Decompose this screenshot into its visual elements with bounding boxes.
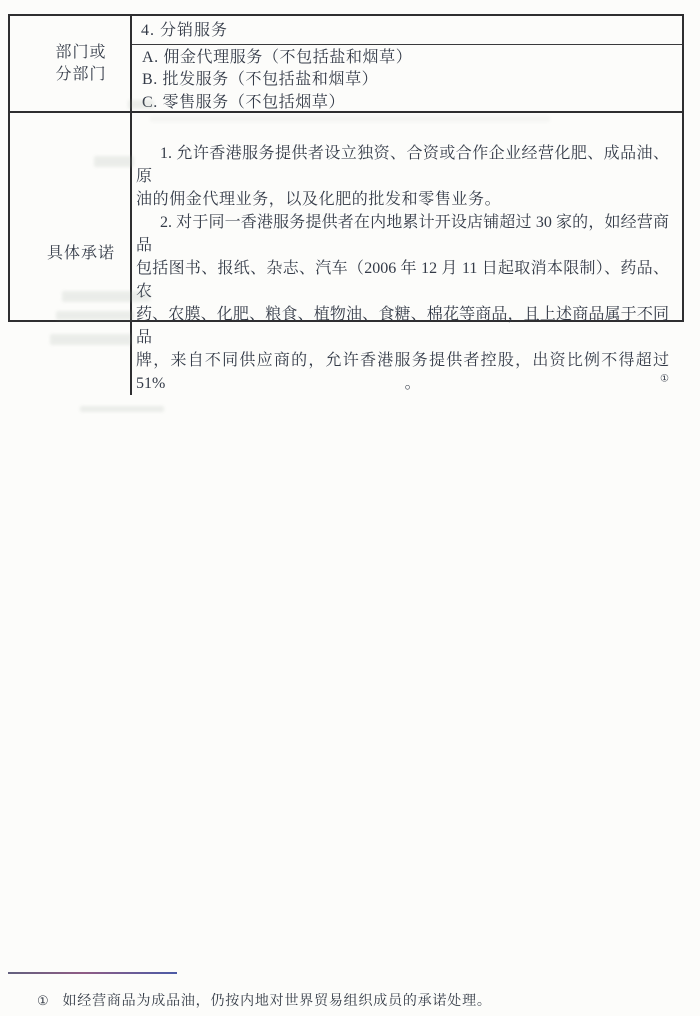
- scanned-document-page: 部门或 分部门 4. 分销服务 A. 佣金代理服务（不包括盐和烟草） B. 批发…: [0, 0, 700, 1016]
- sector-category: 4. 分销服务: [132, 16, 682, 45]
- sector-label-line2: 分部门: [55, 64, 106, 86]
- footnote: ① 如经营商品为成品油，仍按内地对世界贸易组织成员的承诺处理。: [37, 990, 492, 1010]
- sector-item-b: B. 批发服务（不包括盐和烟草）: [142, 69, 682, 91]
- commitment-line-6-text: 牌，来自不同供应商的，允许香港服务提供者控股，出资比例不得超过 51%。: [136, 352, 669, 392]
- commitment-row: 具体承诺 1. 允许香港服务提供者设立独资、合资或合作企业经营化肥、成品油、原 …: [10, 113, 682, 395]
- sector-label-line1: 部门或: [55, 42, 106, 64]
- sector-item-c: C. 零售服务（不包括烟草）: [142, 92, 682, 114]
- commitments-table: 部门或 分部门 4. 分销服务 A. 佣金代理服务（不包括盐和烟草） B. 批发…: [8, 14, 684, 322]
- footnote-marker: ①: [37, 993, 49, 1009]
- bleed-through-artifact: [80, 406, 164, 412]
- commitment-line-3: 2. 对于同一香港服务提供者在内地累计开设店铺超过 30 家的，如经营商品: [136, 211, 669, 257]
- commitment-label-cell: 具体承诺: [10, 113, 132, 395]
- commitment-label: 具体承诺: [47, 243, 115, 265]
- sector-label-cell: 部门或 分部门: [10, 16, 132, 111]
- commitment-line-4: 包括图书、报纸、杂志、汽车（2006 年 12 月 11 日起取消本限制）、药品…: [136, 257, 669, 303]
- commitment-text: 1. 允许香港服务提供者设立独资、合资或合作企业经营化肥、成品油、原 油的佣金代…: [132, 113, 682, 395]
- commitment-line-5: 药、农膜、化肥、粮食、植物油、食糖、棉花等商品，且上述商品属于不同品: [136, 303, 669, 349]
- footnote-separator-rule: [8, 972, 177, 974]
- sector-row: 部门或 分部门 4. 分销服务 A. 佣金代理服务（不包括盐和烟草） B. 批发…: [10, 16, 682, 113]
- footnote-reference-mark: ①: [660, 374, 669, 385]
- commitment-content-cell: 1. 允许香港服务提供者设立独资、合资或合作企业经营化肥、成品油、原 油的佣金代…: [132, 113, 682, 395]
- commitment-line-2: 油的佣金代理业务，以及化肥的批发和零售业务。: [136, 188, 669, 211]
- sector-content-cell: 4. 分销服务 A. 佣金代理服务（不包括盐和烟草） B. 批发服务（不包括盐和…: [132, 16, 682, 111]
- sector-items-list: A. 佣金代理服务（不包括盐和烟草） B. 批发服务（不包括盐和烟草） C. 零…: [132, 45, 682, 114]
- commitment-line-1: 1. 允许香港服务提供者设立独资、合资或合作企业经营化肥、成品油、原: [136, 142, 669, 188]
- sector-label: 部门或 分部门: [55, 42, 106, 86]
- commitment-line-6: 牌，来自不同供应商的，允许香港服务提供者控股，出资比例不得超过 51%。①: [136, 349, 669, 395]
- sector-item-a: A. 佣金代理服务（不包括盐和烟草）: [142, 47, 682, 69]
- footnote-text: 如经营商品为成品油，仍按内地对世界贸易组织成员的承诺处理。: [62, 990, 491, 1010]
